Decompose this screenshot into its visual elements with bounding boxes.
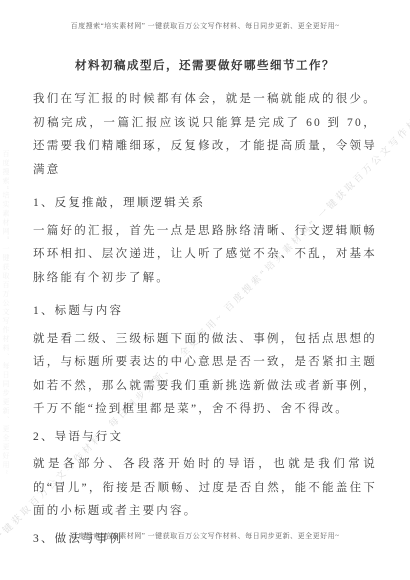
header-promo-note: 百度搜索“培实素材网” 一键获取百万公文写作材料、每日同步更新、更全更好用~ <box>0 21 410 31</box>
heading-methods-and-examples: 3、做法与事例 <box>33 528 377 552</box>
heading-logic-relations: 1、反复推敲，理顺逻辑关系 <box>33 192 377 216</box>
paragraph-title-and-content: 就是看二级、三级标题下面的做法、事例，包括点思想的话，与标题所要表达的中心意思是… <box>33 328 377 422</box>
paragraph-logic-relations: 一篇好的汇报，首先一点是思路脉络清晰、行文逻辑顺畅环环相扣、层次递进，让人听了感… <box>33 220 377 291</box>
heading-title-and-content: 1、标题与内容 <box>33 300 377 324</box>
heading-lead-and-writing: 2、导语与行文 <box>33 426 377 450</box>
document-body: 材料初稿成型后，还需要做好哪些细节工作？ 我们在写汇报的时候都有体会，就是一稿就… <box>0 59 410 551</box>
paragraph-intro: 我们在写汇报的时候都有体会，就是一稿就能成的很少。初稿完成，一篇汇报应该说只能算… <box>33 88 377 182</box>
document-title: 材料初稿成型后，还需要做好哪些细节工作？ <box>33 59 377 74</box>
document-page: 百度搜索“培实素材网” 一键获取百万公文写作材料、每日同步更新、更全更好用~ 一… <box>0 0 410 580</box>
paragraph-lead-and-writing: 就是各部分、各段落开始时的导语，也就是我们常说的“冒儿”，衔接是否顺畅、过度是否… <box>33 453 377 524</box>
